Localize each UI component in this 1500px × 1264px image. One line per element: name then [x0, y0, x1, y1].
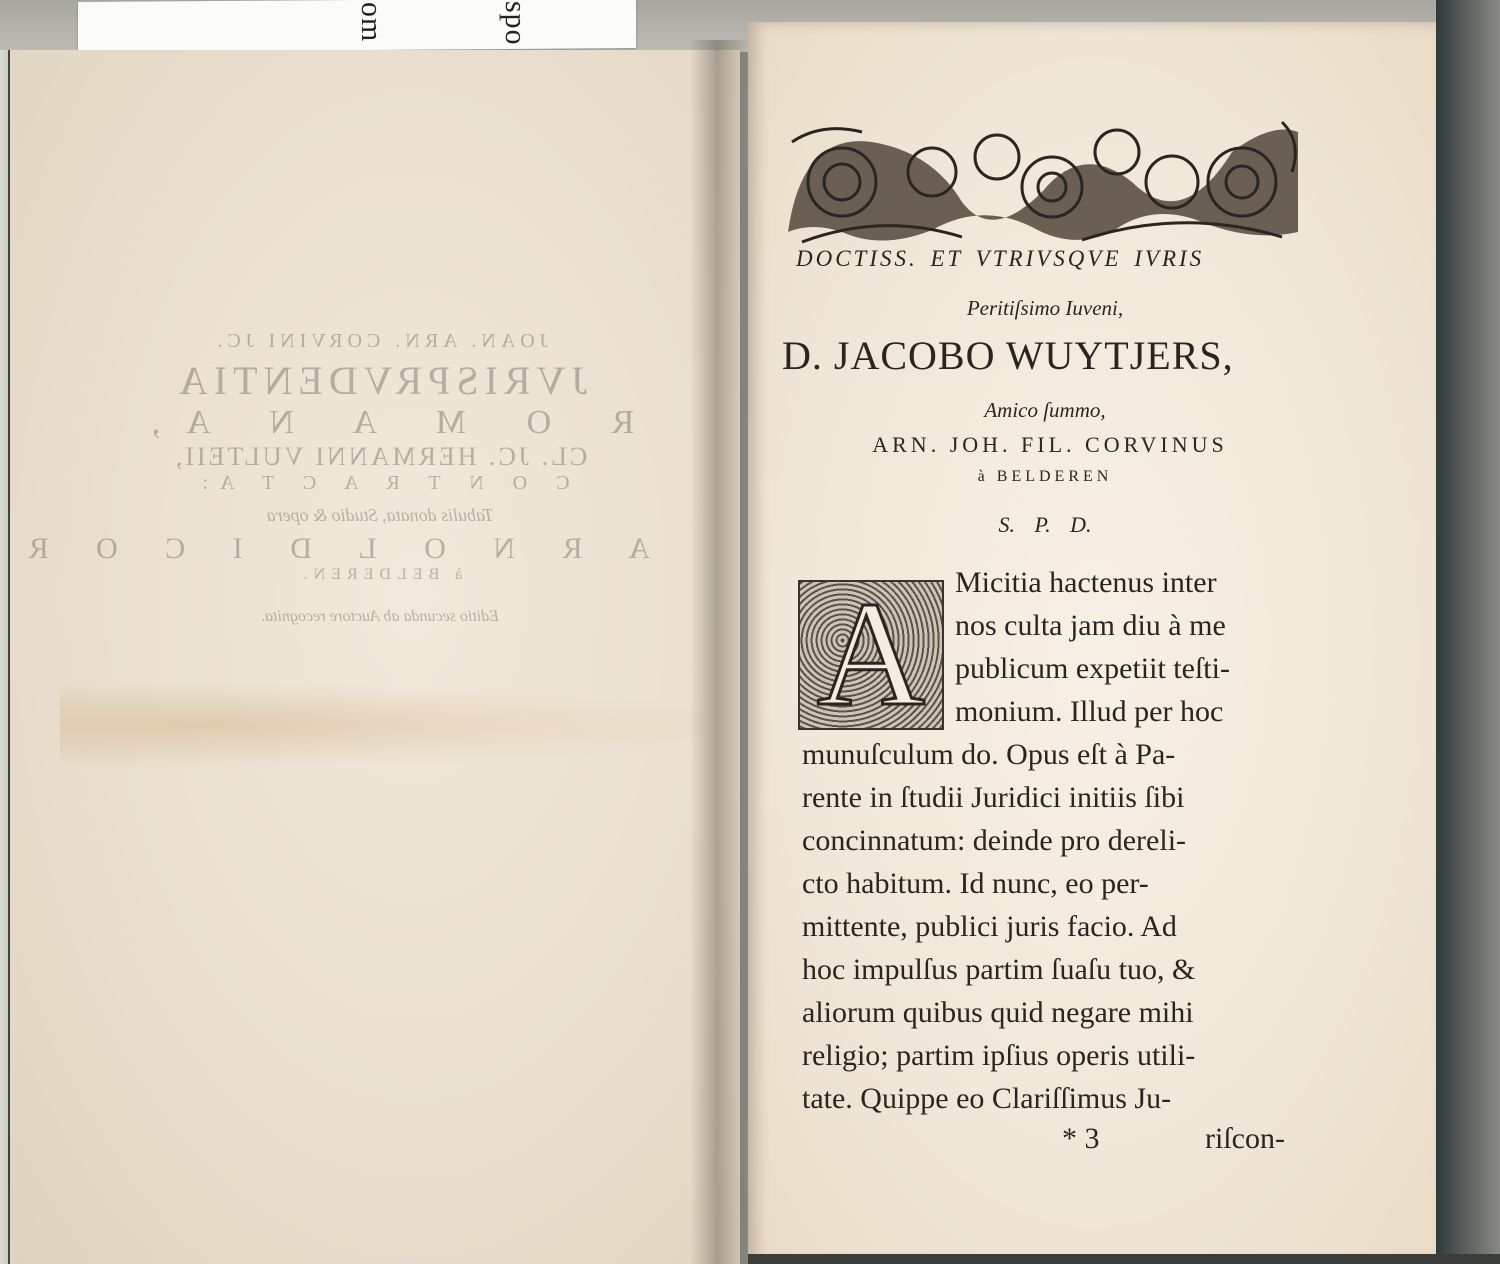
bleed-line: JVRISPRVDENTIA — [110, 357, 650, 404]
catchword: riſcon- — [1205, 1122, 1285, 1156]
bleed-line: Tabulis donata, Studio & opera — [110, 505, 650, 526]
body-line: hoc impulſus partim ſuaſu tuo, & — [802, 953, 1195, 987]
floral-ornament-icon — [782, 112, 1304, 250]
body-line: religio; partim ipſius operis utili- — [802, 1039, 1195, 1073]
dedicatee-name: D. JACOBO WUYTJERS, — [782, 332, 1322, 379]
author-origin: à BELDEREN — [780, 468, 1310, 486]
body-line: cto habitum. Id nunc, eo per- — [802, 867, 1149, 901]
salutation: S. P. D. — [780, 512, 1310, 538]
decorated-drop-cap: A — [798, 580, 944, 730]
bleed-line: C O N T R A C T A: — [110, 472, 650, 495]
body-line: munuſculum do. Opus eſt à Pa- — [802, 738, 1175, 772]
bookmark-text-fragment: spo — [498, 1, 532, 46]
author-name: ARN. JOH. FIL. CORVINUS — [800, 432, 1300, 458]
body-line: concinnatum: deinde pro dereli- — [802, 824, 1186, 858]
bleed-line: A R N O L D I C O R V I N I — [110, 532, 650, 566]
left-page-bleed-through: JOAN. ARN. CORVINI JC. JVRISPRVDENTIA R … — [110, 330, 650, 626]
body-line: rente in ſtudii Juridici initiis ſibi — [802, 781, 1184, 815]
scanner-background-bottom — [748, 1254, 1500, 1264]
body-line: aliorum quibus quid negare mihi — [802, 996, 1194, 1030]
bookmark-text-fragment: om — [354, 2, 388, 43]
body-line: tate. Quippe eo Clariſſimus Ju- — [802, 1082, 1171, 1116]
bleed-line: JOAN. ARN. CORVINI JC. — [110, 330, 650, 353]
bleed-line: R O M A N A, — [110, 404, 650, 442]
dedication-line-4: Amico ſummo, — [780, 398, 1310, 423]
bleed-line: Editio secunda ab Auctore recognita. — [110, 608, 650, 626]
body-line: nos culta jam diu à me — [955, 609, 1226, 643]
foxing-stain — [60, 680, 740, 770]
dedication-line-1: DOCTISS. ET VTRIVSQVE IVRIS — [796, 246, 1276, 272]
paper-bookmark-slip: om spo — [78, 0, 636, 52]
drop-cap-letter: A — [800, 574, 942, 734]
signature-mark: * 3 — [1062, 1122, 1100, 1156]
dedication-line-2: Peritiſsimo Iuveni, — [780, 296, 1310, 321]
bleed-line: à BELDEREN. — [110, 566, 650, 584]
body-line: Micitia hactenus inter — [955, 566, 1217, 600]
body-line: monium. Illud per hoc — [955, 695, 1223, 729]
body-line: mittente, publici juris facio. Ad — [802, 910, 1177, 944]
scanner-background-right — [1436, 0, 1500, 1264]
book-gutter-shadow — [690, 40, 750, 1264]
body-line: publicum expetiit teſti- — [955, 652, 1230, 686]
left-page — [8, 50, 740, 1264]
bleed-line: CL. JC. HERMANNI VULTEII, — [110, 442, 650, 472]
